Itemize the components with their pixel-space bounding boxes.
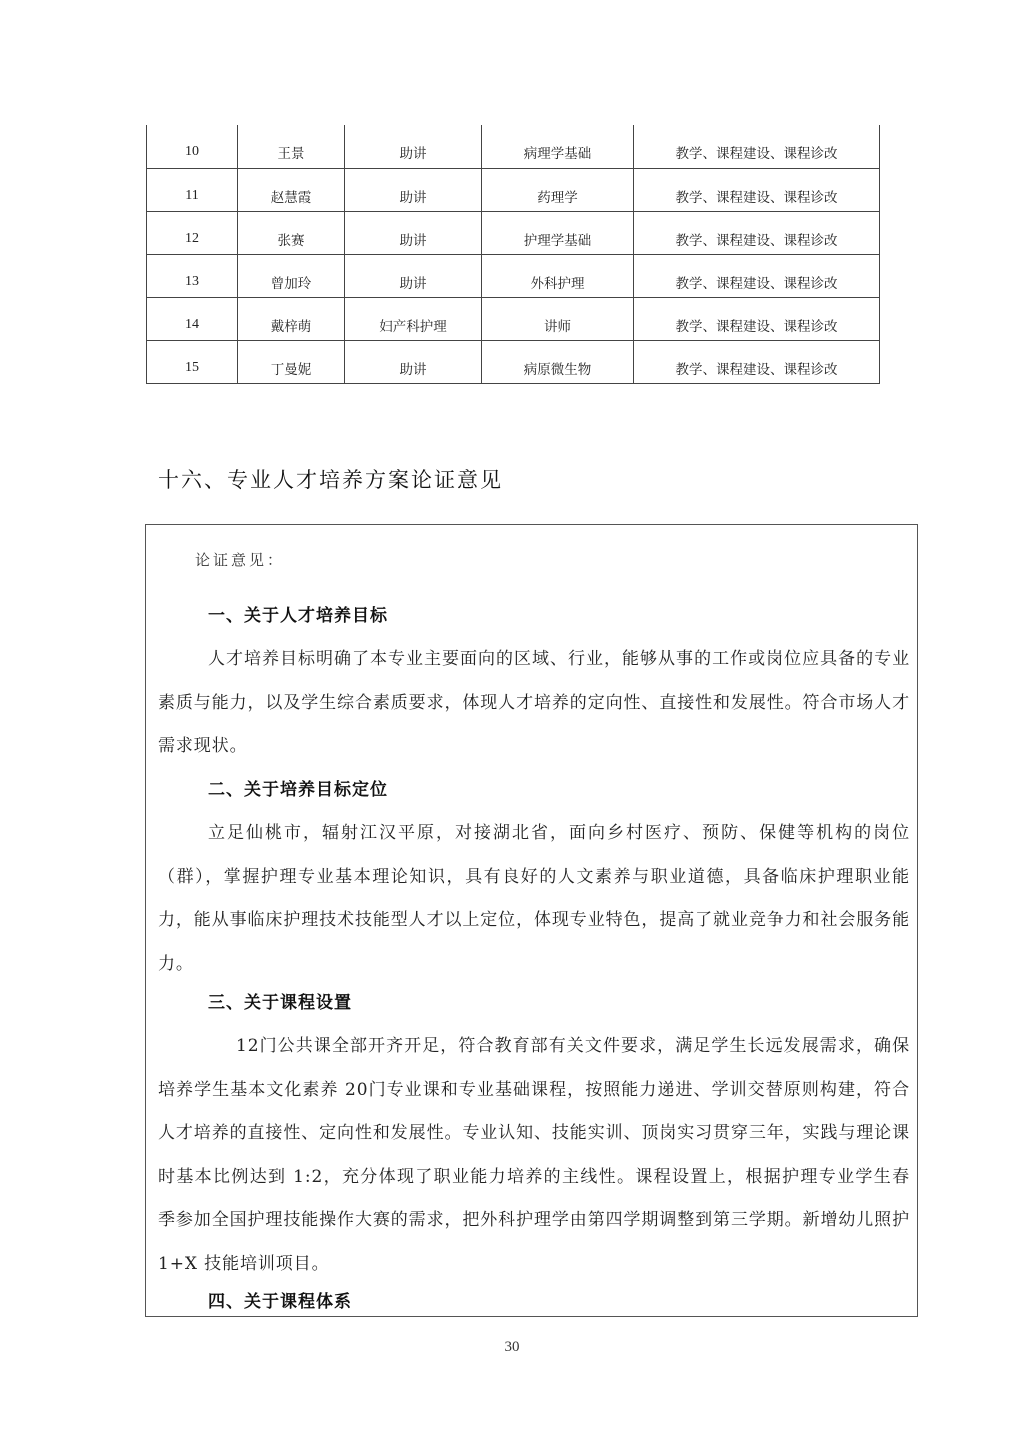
- cell-duty: 教学、课程建设、课程诊改: [634, 297, 880, 340]
- cell-course: 病理学基础: [482, 125, 634, 168]
- subheading-goal-positioning: 二、关于培养目标定位: [208, 775, 388, 800]
- cell-title: 助讲: [345, 211, 482, 254]
- opinion-box: 论证意见： 一、关于人才培养目标 人才培养目标明确了本专业主要面向的区域、行业，…: [145, 524, 918, 1317]
- staff-table: 10 王景 助讲 病理学基础 教学、课程建设、课程诊改 11 赵慧霞 助讲 药理…: [146, 125, 880, 384]
- paragraph-goal-positioning: 立足仙桃市，辐射江汉平原，对接湖北省，面向乡村医疗、预防、保健等机构的岗位（群）…: [158, 812, 910, 986]
- cell-course: 护理学基础: [482, 211, 634, 254]
- cell-no: 12: [147, 211, 238, 254]
- opinion-label: 论证意见：: [195, 549, 285, 570]
- cell-name: 曾加玲: [238, 254, 345, 297]
- cell-title: 妇产科护理: [345, 297, 482, 340]
- cell-no: 11: [147, 168, 238, 211]
- cell-no: 14: [147, 297, 238, 340]
- table-row: 15 丁曼妮 助讲 病原微生物 教学、课程建设、课程诊改: [147, 340, 880, 383]
- cell-no: 10: [147, 125, 238, 168]
- paragraph-course-setup: 12门公共课全部开齐开足，符合教育部有关文件要求，满足学生长远发展需求，确保培养…: [158, 1025, 910, 1286]
- cell-duty: 教学、课程建设、课程诊改: [634, 340, 880, 383]
- table-row: 12 张赛 助讲 护理学基础 教学、课程建设、课程诊改: [147, 211, 880, 254]
- cell-title: 助讲: [345, 125, 482, 168]
- cell-name: 赵慧霞: [238, 168, 345, 211]
- cell-course: 病原微生物: [482, 340, 634, 383]
- cell-title: 助讲: [345, 340, 482, 383]
- cell-duty: 教学、课程建设、课程诊改: [634, 125, 880, 168]
- cell-title: 助讲: [345, 254, 482, 297]
- subheading-course-setup: 三、关于课程设置: [208, 988, 352, 1013]
- cell-no: 15: [147, 340, 238, 383]
- table-row: 10 王景 助讲 病理学基础 教学、课程建设、课程诊改: [147, 125, 880, 168]
- cell-no: 13: [147, 254, 238, 297]
- table-row: 11 赵慧霞 助讲 药理学 教学、课程建设、课程诊改: [147, 168, 880, 211]
- table-row: 14 戴梓萌 妇产科护理 讲师 教学、课程建设、课程诊改: [147, 297, 880, 340]
- table-row: 13 曾加玲 助讲 外科护理 教学、课程建设、课程诊改: [147, 254, 880, 297]
- cell-course: 外科护理: [482, 254, 634, 297]
- cell-duty: 教学、课程建设、课程诊改: [634, 254, 880, 297]
- cell-course: 药理学: [482, 168, 634, 211]
- cell-title: 助讲: [345, 168, 482, 211]
- page-number: 30: [0, 1339, 1024, 1356]
- cell-name: 丁曼妮: [238, 340, 345, 383]
- cell-name: 戴梓萌: [238, 297, 345, 340]
- section-title: 十六、专业人才培养方案论证意见: [158, 464, 503, 494]
- subheading-course-system: 四、关于课程体系: [208, 1287, 352, 1312]
- cell-name: 张赛: [238, 211, 345, 254]
- subheading-training-goal: 一、关于人才培养目标: [208, 601, 388, 626]
- cell-duty: 教学、课程建设、课程诊改: [634, 211, 880, 254]
- cell-course: 讲师: [482, 297, 634, 340]
- paragraph-training-goal: 人才培养目标明确了本专业主要面向的区域、行业，能够从事的工作或岗位应具备的专业素…: [158, 638, 910, 769]
- cell-duty: 教学、课程建设、课程诊改: [634, 168, 880, 211]
- cell-name: 王景: [238, 125, 345, 168]
